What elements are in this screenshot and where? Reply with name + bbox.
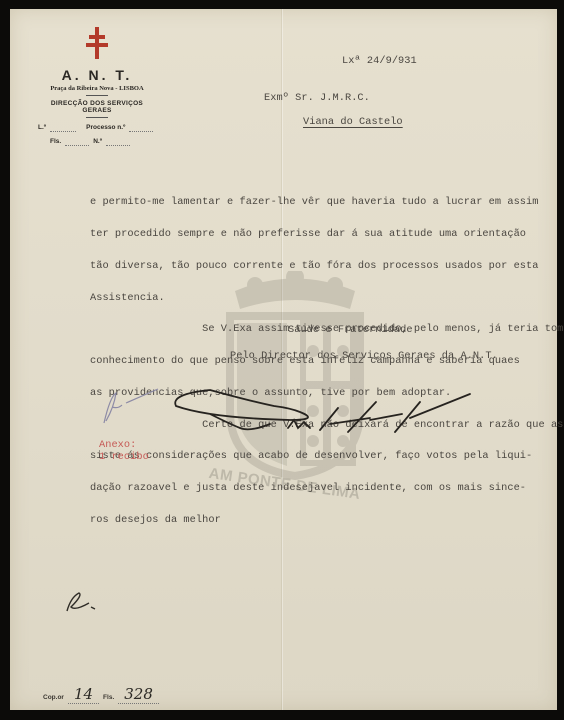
letter-page: A. N. T. Praça da Ribeira Nova - LISBOA … <box>10 9 557 710</box>
annex-label: Anexo: <box>99 439 136 451</box>
copiador-label: Cop.or <box>43 694 64 701</box>
annex-item: 1 recibo <box>99 451 149 463</box>
folhas-label: Fls. <box>50 138 61 146</box>
body-line: siste ás considerações que acabo de dese… <box>90 451 560 462</box>
livro-label: L.º <box>38 124 46 132</box>
processo-label: Processo n.º <box>86 124 125 132</box>
processo-blank <box>129 124 153 132</box>
letterhead: A. N. T. Praça da Ribeira Nova - LISBOA … <box>38 27 156 152</box>
numero-label: N.º <box>93 138 102 146</box>
department-name: DIRECÇÃO DOS SERVIÇOS GERAES <box>38 100 156 114</box>
body-line: ter procedido sempre e não preferisse da… <box>90 229 560 240</box>
body-line: ros desejos da melhor <box>90 515 560 526</box>
folhas-footer-label: Fls. <box>103 694 114 701</box>
livro-blank <box>50 124 76 132</box>
closing-greeting: Saude e Fraternidade <box>288 324 413 336</box>
body-line: tão diversa, tão pouco corrente e tão fó… <box>90 261 560 272</box>
divider <box>86 95 108 96</box>
body-line: dação razoavel e justa deste indesejavel… <box>90 483 560 494</box>
date-line: Lxª 24/9/931 <box>342 55 417 67</box>
copiador-reference: Cop.or 14 Fls. 328 <box>43 685 159 704</box>
copiador-value: 14 <box>68 685 99 704</box>
handwritten-mark-icon <box>65 591 105 615</box>
signatory-line: Pelo Director dos Serviços Geraes da A.N… <box>230 350 498 362</box>
folhas-blank <box>65 138 89 146</box>
folhas-footer-value: 328 <box>118 685 159 704</box>
divider <box>86 117 108 118</box>
handwritten-initial-icon <box>100 387 160 427</box>
organization-name: A. N. T. <box>38 67 156 83</box>
numero-blank <box>106 138 130 146</box>
handwritten-signature-icon <box>170 384 480 444</box>
recipient-place: Viana do Castelo <box>303 116 403 128</box>
reference-fields: L.º Processo n.º Fls. N.º <box>38 124 156 146</box>
body-line: e permito-me lamentar e fazer-lhe vêr qu… <box>90 197 560 208</box>
body-line: Assistencia. <box>90 293 560 304</box>
organization-address: Praça da Ribeira Nova - LISBOA <box>38 85 156 92</box>
recipient-salutation: Exmº Sr. J.M.R.C. <box>264 92 370 104</box>
lorraine-cross-icon <box>86 27 108 59</box>
